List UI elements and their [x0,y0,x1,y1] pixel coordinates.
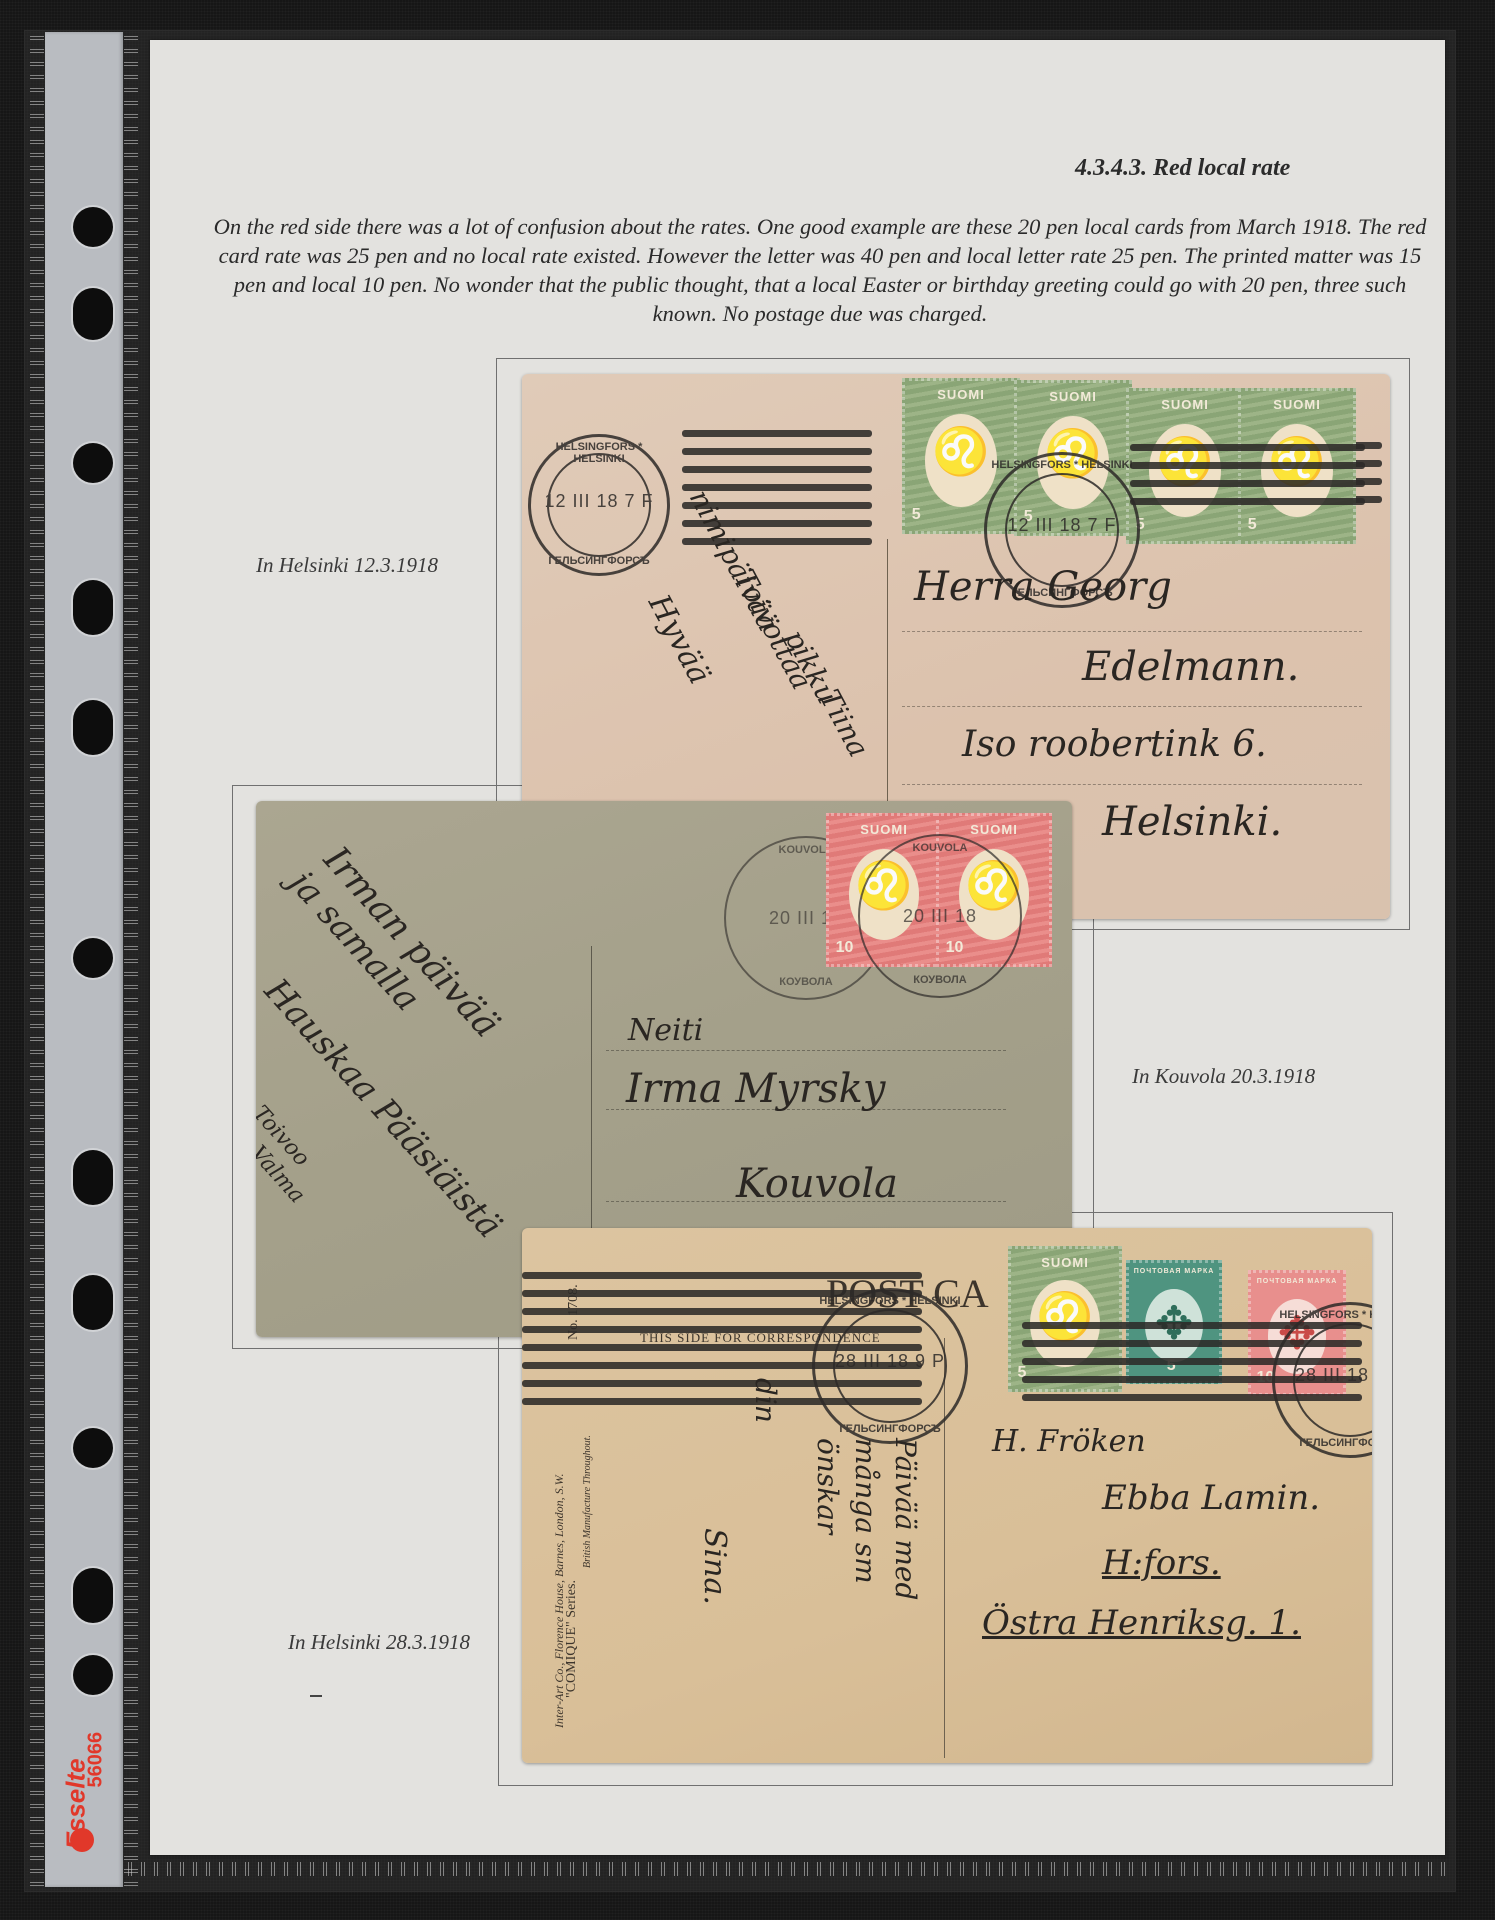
message-line: många sm [849,1438,882,1584]
message-line: Hyvää [641,589,717,690]
address-line-4: Östra Henriksg. 1. [982,1603,1301,1643]
punch-hole [73,443,113,483]
page-heading: 4.3.4.3. Red local rate [1075,155,1290,182]
punch-hole [73,938,113,978]
address-line-1: H. Fröken [992,1424,1146,1459]
address-line-1: Herra Georg [914,564,1172,610]
address-line-3: Iso roobertink 6. [962,724,1267,765]
sleeve-weld-right [124,32,138,1887]
postmark-helsinki: HELSINGFORS * HELSINKI 12 III 18 7 F ГЕЛ… [528,434,670,576]
sleeve-weld-bottom [124,1862,1454,1876]
sleeve-weld-left [30,32,44,1887]
series-imprint: "COMIQUE" Series. [564,1580,580,1698]
page-dash-mark [310,1695,322,1697]
caption-card-2: In Kouvola 20.3.1918 [1132,1064,1315,1089]
address-line-2: Irma Myrsky [626,1066,885,1112]
caption-card-1: In Helsinki 12.3.1918 [256,553,438,578]
message-line: Tiina [813,684,876,762]
postmark-kouvola: KOUVOLA 20 III 18 КОУВОЛА [858,834,1022,998]
address-line [902,784,1362,785]
punch-hole [73,1655,113,1695]
message-line: Päivää med [889,1438,922,1600]
message-line: din [749,1378,782,1423]
address-line [902,706,1362,707]
punch-hole [73,207,113,247]
address-line [902,631,1362,632]
postcard-helsinki-28-3-1918: POST CA THIS SIDE FOR CORRESPONDENCE Int… [522,1228,1372,1763]
address-line-3: H:fors. [1102,1543,1221,1583]
address-line [606,1050,1006,1051]
message-line: Sina. [697,1528,732,1605]
address-line-4: Helsinki. [1102,799,1282,845]
punch-hole [73,1150,113,1205]
address-line-2: Ebba Lamin. [1102,1478,1320,1518]
punch-hole [73,700,113,755]
message-line: önskar [811,1438,844,1534]
punch-hole [73,1275,113,1330]
manufacture-imprint: British Manufacture Throughout. [582,1435,593,1568]
intro-paragraph: On the red side there was a lot of confu… [210,212,1430,328]
caption-card-3: In Helsinki 28.3.1918 [288,1630,470,1655]
brand-logo-icon [70,1828,94,1852]
address-line-3: Kouvola [736,1161,898,1207]
address-line-1: Neiti [628,1013,703,1048]
punch-hole [73,1428,113,1468]
machine-cancel-bars [1130,444,1365,516]
punch-hole [73,1568,113,1623]
sleeve-brand-label: 56066 Esselte [62,1700,102,1840]
punch-hole [73,580,113,635]
punch-hole [73,288,113,340]
address-line-2: Edelmann. [1082,644,1299,690]
postmark-helsinki: HELSINGFORS * HELSINKI 28 III 18 9 P ГЕЛ… [812,1288,968,1444]
